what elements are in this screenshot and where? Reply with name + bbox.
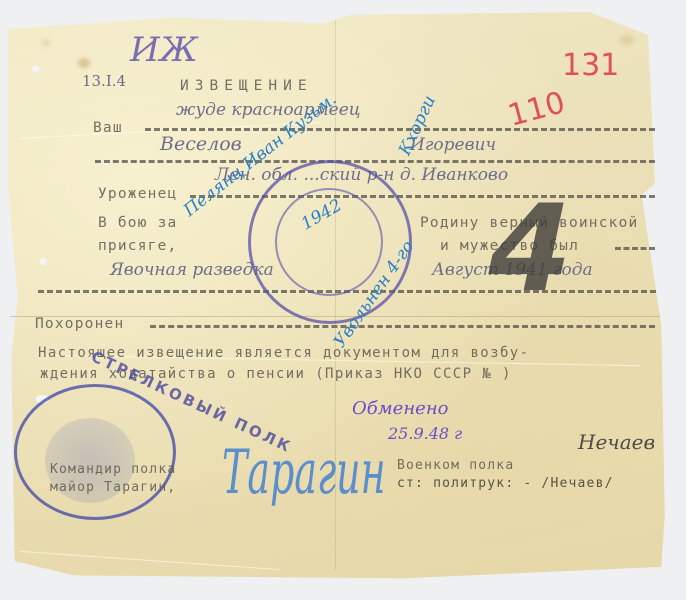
pencil-date-mark: 13.I.4 (82, 72, 126, 90)
body-line-2a: присяге, (98, 238, 177, 254)
violet-date: 25.9.48 г (388, 424, 462, 443)
stain (42, 40, 50, 46)
handwritten-patronymic: Игоревич (410, 135, 496, 155)
label-pokhoronen: Похоронен (35, 316, 124, 332)
commander-title: Командир полка (50, 462, 176, 477)
body-line-1a: В бою за (98, 215, 177, 231)
fill-line (145, 128, 655, 131)
fill-line (615, 247, 655, 250)
handwritten-surname: Веселов (160, 133, 242, 155)
fill-line (150, 325, 655, 328)
paper-hole (32, 66, 39, 72)
commissar-name: ст: политрук: - /Нечаев/ (397, 476, 614, 491)
handwritten-death-place: Явочная разведка (110, 260, 274, 280)
commissar-title: Военком полка (397, 458, 514, 473)
pencil-scribble: ИЖ (130, 30, 198, 70)
commissar-signature: Нечаев (578, 430, 655, 454)
label-urozhenets: Уроженец (98, 186, 177, 202)
stain (620, 35, 634, 45)
violet-note: Обменено (352, 398, 449, 419)
document-title: ИЗВЕЩЕНИЕ (180, 78, 313, 94)
stain (78, 58, 90, 68)
label-vash: Ваш (93, 120, 123, 136)
commander-signature: Тарагин (222, 437, 386, 507)
paper-hole (40, 258, 47, 265)
fill-line (95, 160, 655, 163)
registry-number-131: 131 (562, 48, 619, 83)
commander-name: майор Тарагин, (50, 480, 176, 495)
